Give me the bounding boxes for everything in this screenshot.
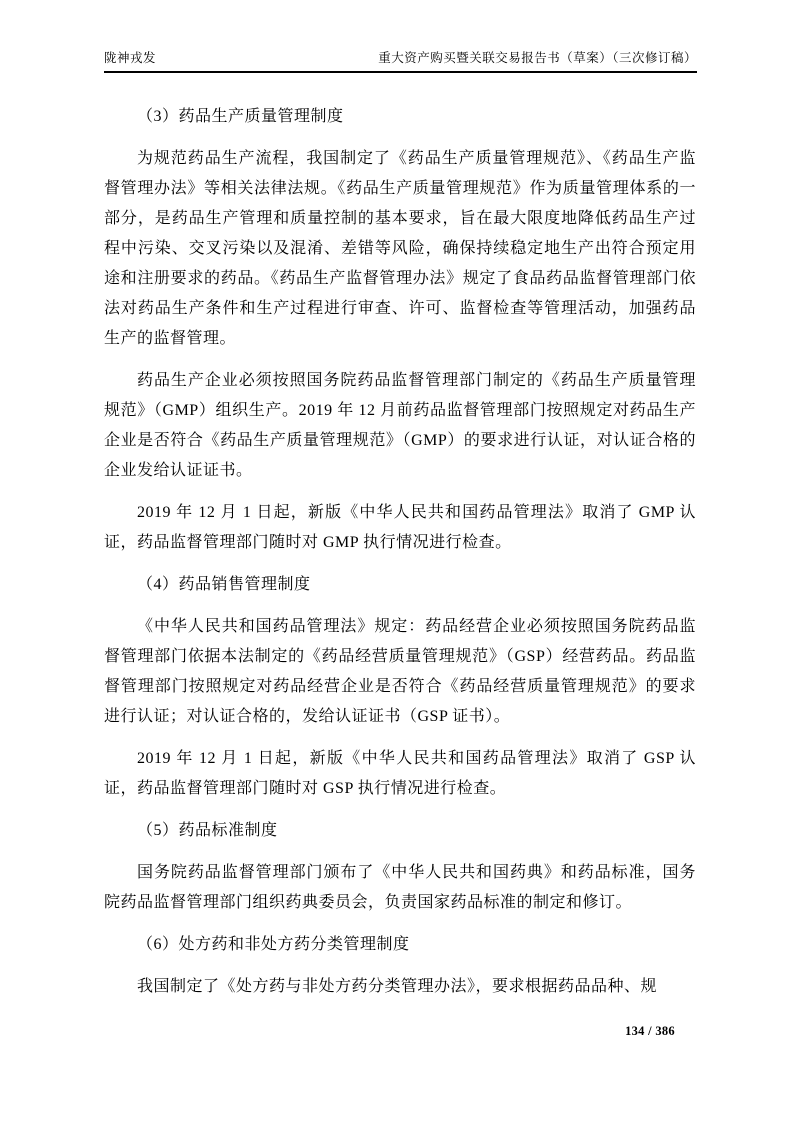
paragraph: 2019 年 12 月 1 日起，新版《中华人民共和国药品管理法》取消了 GMP… [104,498,696,558]
paragraph: 为规范药品生产流程，我国制定了《药品生产质量管理规范》、《药品生产监督管理办法》… [104,144,696,354]
paragraph: 药品生产企业必须按照国务院药品监督管理部门制定的《药品生产质量管理规范》（GMP… [104,366,696,486]
paragraph: 《中华人民共和国药品管理法》规定：药品经营企业必须按照国务院药品监督管理部门依据… [104,612,696,732]
header-document-title: 重大资产购买暨关联交易报告书（草案）（三次修订稿） [378,50,697,66]
page-header: 陇神戎发 重大资产购买暨关联交易报告书（草案）（三次修订稿） [104,50,697,73]
paragraph: 我国制定了《处方药与非处方药分类管理办法》，要求根据药品品种、规 [104,972,696,1002]
document-body: （3）药品生产质量管理制度 为规范药品生产流程，我国制定了《药品生产质量管理规范… [104,90,696,1002]
section-heading-6: （6）处方药和非处方药分类管理制度 [104,930,696,960]
paragraph: 2019 年 12 月 1 日起，新版《中华人民共和国药品管理法》取消了 GSP… [104,744,696,804]
section-heading-4: （4）药品销售管理制度 [104,570,696,600]
page-number: 134 / 386 [625,1024,675,1039]
header-company-name: 陇神戎发 [104,50,156,66]
paragraph: 国务院药品监督管理部门颁布了《中华人民共和国药典》和药品标准，国务院药品监督管理… [104,858,696,918]
document-page: 陇神戎发 重大资产购买暨关联交易报告书（草案）（三次修订稿） （3）药品生产质量… [0,0,793,1122]
section-heading-5: （5）药品标准制度 [104,816,696,846]
section-heading-3: （3）药品生产质量管理制度 [104,102,696,132]
